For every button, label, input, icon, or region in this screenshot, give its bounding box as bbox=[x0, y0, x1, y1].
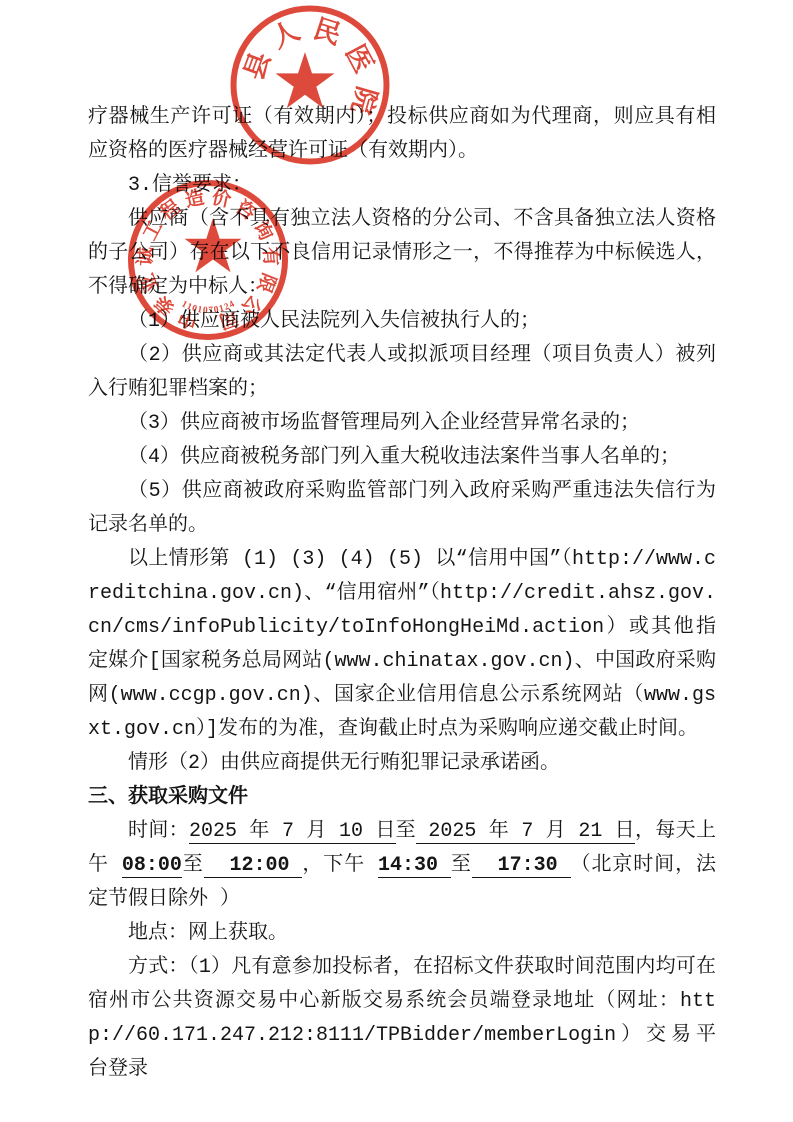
text-segment: 2025 年 7 月 10 日 bbox=[189, 820, 396, 844]
paragraph: 3.信誉要求： bbox=[88, 169, 716, 203]
paragraph: 方式：（1）凡有意参加投标者，在招标文件获取时间范围内均可在宿州市公共资源交易中… bbox=[88, 951, 716, 1087]
text-segment: ，下午 bbox=[302, 854, 378, 877]
paragraph: （4）供应商被税务部门列入重大税收违法案件当事人名单的； bbox=[88, 441, 716, 475]
paragraph: （3）供应商被市场监督管理局列入企业经营异常名录的； bbox=[88, 407, 716, 441]
paragraph: 三、获取采购文件 bbox=[88, 781, 716, 815]
text-segment: 至 bbox=[451, 854, 472, 877]
paragraph: 以上情形第 (1) (3) (4) (5) 以“信用中国”（http://www… bbox=[88, 543, 716, 747]
text-segment: 2025 年 7 月 21 日 bbox=[416, 820, 635, 844]
text-segment: 12:00 bbox=[204, 854, 303, 878]
paragraph: 供应商（含不具有独立法人资格的分公司、不含具备独立法人资格的子公司）存在以下不良… bbox=[88, 203, 716, 305]
text-segment: 至 bbox=[396, 820, 416, 843]
paragraph: （2）供应商或其法定代表人或拟派项目经理（项目负责人）被列入行贿犯罪档案的； bbox=[88, 339, 716, 407]
text-segment: （3）供应商被市场监督管理局列入企业经营异常名录的； bbox=[128, 412, 640, 435]
text-segment: 供应商（含不具有独立法人资格的分公司、不含具备独立法人资格的子公司）存在以下不良… bbox=[88, 208, 716, 299]
text-segment: 时间： bbox=[128, 820, 189, 843]
paragraph: 情形（2）由供应商提供无行贿犯罪记录承诺函。 bbox=[88, 747, 716, 781]
document-page: 疗器械生产许可证（有效期内）；投标供应商如为代理商，则应具有相应资格的医疗器械经… bbox=[0, 0, 793, 1122]
paragraph: 地点：网上获取。 bbox=[88, 917, 716, 951]
text-segment: （4）供应商被税务部门列入重大税收违法案件当事人名单的； bbox=[128, 446, 680, 469]
text-segment: 至 bbox=[182, 854, 204, 877]
text-segment: 08:00 bbox=[122, 854, 182, 878]
text-segment: 疗器械生产许可证（有效期内）；投标供应商如为代理商，则应具有相应资格的医疗器械经… bbox=[88, 106, 716, 163]
text-segment: 地点：网上获取。 bbox=[128, 922, 288, 945]
text-segment: （5）供应商被政府采购监管部门列入政府采购严重违法失信行为记录名单的。 bbox=[88, 480, 716, 537]
text-segment: 以上情形第 (1) (3) (4) (5) 以“信用中国”（http://www… bbox=[88, 548, 716, 741]
text-segment: 3.信誉要求： bbox=[128, 174, 252, 197]
text-segment: （2）供应商或其法定代表人或拟派项目经理（项目负责人）被列入行贿犯罪档案的； bbox=[88, 344, 716, 401]
paragraph: 疗器械生产许可证（有效期内）；投标供应商如为代理商，则应具有相应资格的医疗器械经… bbox=[88, 101, 716, 169]
paragraph: （5）供应商被政府采购监管部门列入政府采购严重违法失信行为记录名单的。 bbox=[88, 475, 716, 543]
text-segment: 三、获取采购文件 bbox=[88, 786, 248, 809]
text-segment: 17:30 bbox=[472, 854, 571, 878]
text-segment: 情形（2）由供应商提供无行贿犯罪记录承诺函。 bbox=[128, 752, 560, 775]
paragraph: 时间：2025 年 7 月 10 日至 2025 年 7 月 21 日，每天上午… bbox=[88, 815, 716, 917]
text-segment: （1）供应商被人民法院列入失信被执行人的； bbox=[128, 310, 540, 333]
text-segment: 方式：（1）凡有意参加投标者，在招标文件获取时间范围内均可在宿州市公共资源交易中… bbox=[88, 956, 716, 1081]
text-segment: 14:30 bbox=[378, 854, 451, 878]
paragraph: （1）供应商被人民法院列入失信被执行人的； bbox=[88, 305, 716, 339]
document-body: 疗器械生产许可证（有效期内）；投标供应商如为代理商，则应具有相应资格的医疗器械经… bbox=[88, 0, 716, 1087]
